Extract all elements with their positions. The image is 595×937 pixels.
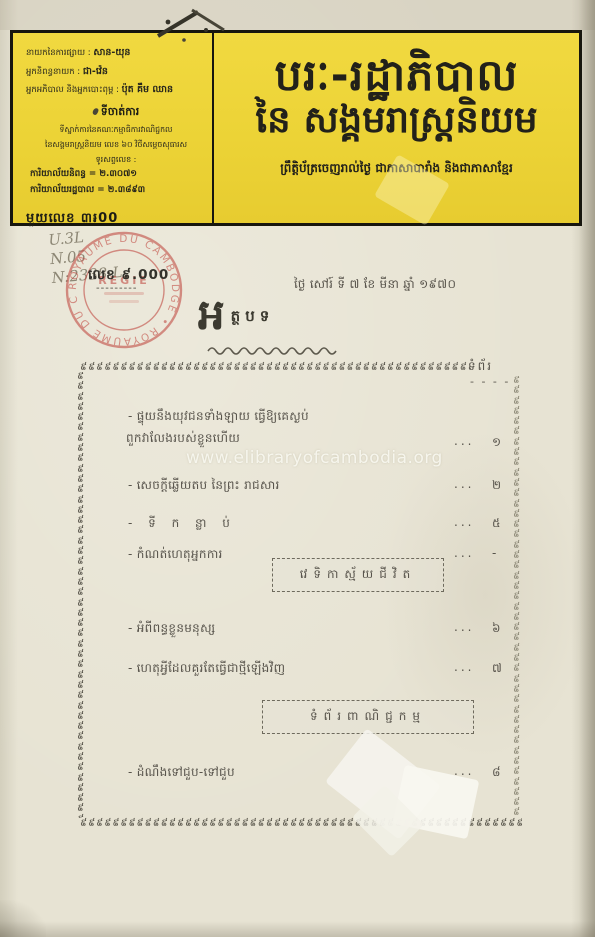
paper-stain [0, 900, 46, 937]
phone-line: ការិយាល័យរដ្ឋបាល = ២.៣៨៩៣ [30, 184, 206, 198]
toc-entry-dots: ... [454, 515, 474, 529]
contents-heading: អ ត្ថបទ [198, 294, 274, 336]
publication-title-line1: បរៈ-រដ្ឋាភិបាល [214, 53, 579, 99]
toc-entry-page: ៧ [492, 660, 502, 678]
toc-entry-text: - ដំណឹងទៅជួប-ទៅជួប [128, 764, 235, 782]
phone-heading: ទូរសព្ទលេខ : [26, 154, 206, 166]
date-line: ថ្ងៃ សៅរ៍ ទី ៧ ខែ មីនា ឆ្នាំ ១៩៧០ [294, 276, 564, 294]
contents-heading-rest: ត្ថបទ [231, 307, 275, 329]
toc-entry-dots: ... [454, 546, 474, 560]
toc-entry-page: ៦ [492, 620, 501, 638]
paper-stain [0, 0, 595, 30]
phone-line: ការិយាល័យនិពន្ធ = ២.៣០៧១ [30, 168, 206, 182]
toc-entry-text: - ហេតុអ្វីដែលគួរតែធ្វើជាថ្មីឡើងវិញ [128, 660, 285, 678]
info-row: អ្នកនិពន្ធនាយក : ជា-វ៉េន [26, 65, 206, 80]
toc-entry-text: - កំណត់ហេតុអ្នកការ [128, 546, 223, 564]
masthead: នាយកនៃការផ្សាយ : សាន-យុន អ្នកនិពន្ធនាយក … [10, 30, 582, 226]
stamp-number-underline: --------- [96, 283, 137, 294]
page-column-header: ទំព័រ [468, 358, 493, 376]
toc-entry-page: ៥ [492, 515, 501, 533]
toc-entry-text: - ផ្ទុយនឹងយុវជនទាំងឡាយ ធ្វើឱ្យគេស្ងប់ [128, 408, 309, 426]
page-column-header-underline: - - - - [470, 375, 510, 388]
squiggle-underline [206, 344, 338, 356]
info-row: អ្នកអភិបាល និងអ្នកបោះពុម្ព : ប៉ុត គឹម ឈា… [26, 83, 206, 98]
toc-entry-text: ពួកវាលែងរបស់ខ្លួនហើយ [126, 430, 240, 448]
toc-entry-page: ២ [492, 477, 501, 495]
toc-section-text: វេទិកាស្ម័យជីវិត [300, 567, 417, 581]
toc-section-text: ទំព័រពាណិជ្ជកម្ម [310, 709, 426, 723]
info-value: សាន-យុន [93, 47, 130, 58]
paper-edge-shadow [0, 921, 595, 937]
contents-heading-initial: អ [198, 294, 225, 336]
toc-section-label: វេទិកាស្ម័យជីវិត [272, 558, 444, 592]
toc-border-right: ៩៩៩៩៩៩៩៩៩៩៩៩៩៩៩៩៩៩៩៩៩៩៩៩៩៩៩៩៩៩៩៩៩៩៩៩៩៩៩៩… [513, 376, 522, 818]
toc-border-top: ៩៩៩៩៩៩៩៩៩៩៩៩៩៩៩៩៩៩៩៩៩៩៩៩៩៩៩៩៩៩៩៩៩៩៩៩៩៩៩៩… [80, 360, 470, 375]
staple-mark [150, 0, 240, 50]
watermark: www.elibraryofcambodia.org [186, 448, 443, 468]
info-label: នាយកនៃការផ្សាយ : [26, 48, 91, 58]
toc-entry-page: ៨ [492, 764, 501, 782]
scanned-document-page: នាយកនៃការផ្សាយ : សាន-យុន អ្នកនិពន្ធនាយក … [0, 0, 595, 937]
toc-entry-text: - សេចក្តីឆ្លើយតប នៃព្រះ រាជសារ [128, 477, 280, 495]
toc-entry-text: - ទី ក ន្លា ប់ [128, 515, 236, 533]
ink-blot-icon [92, 107, 99, 115]
info-value: ប៉ុត គឹម ឈាន [122, 84, 173, 95]
toc-entry-dots: ... [454, 660, 474, 674]
toc-entry-dots: ... [454, 477, 474, 491]
info-label: អ្នកនិពន្ធនាយក : [26, 67, 80, 77]
office-heading: ទីចាត់ការ [26, 103, 206, 120]
info-value: ជា-វ៉េន [83, 66, 108, 77]
toc-entry-page: - [492, 546, 497, 560]
toc-entry-text: - អំពីពន្ធខ្លួនមនុស្ស [128, 620, 215, 638]
info-label: អ្នកអភិបាល និងអ្នកបោះពុម្ព : [26, 85, 119, 95]
office-address-line: ទីស្នាក់ការនៃគណៈកម្មាធិការវាណិជ្ជកល [26, 124, 206, 136]
masthead-info-box: នាយកនៃការផ្សាយ : សាន-យុន អ្នកនិពន្ធនាយក … [13, 33, 214, 223]
toc-entry-page: ១ [492, 434, 501, 452]
office-address-line: នៃសង្គមរាស្ត្រនិយម លេខ ៦០ វិថីសម្តេចសុធា… [26, 139, 206, 151]
publication-title-line2: នៃ សង្គមរាស្ត្រនិយម [214, 99, 579, 142]
toc-entry-dots: ... [454, 620, 474, 634]
toc-entry-dots: ... [454, 434, 474, 448]
toc-border-left: ៩៩៩៩៩៩៩៩៩៩៩៩៩៩៩៩៩៩៩៩៩៩៩៩៩៩៩៩៩៩៩៩៩៩៩៩៩៩៩៩… [77, 372, 86, 818]
